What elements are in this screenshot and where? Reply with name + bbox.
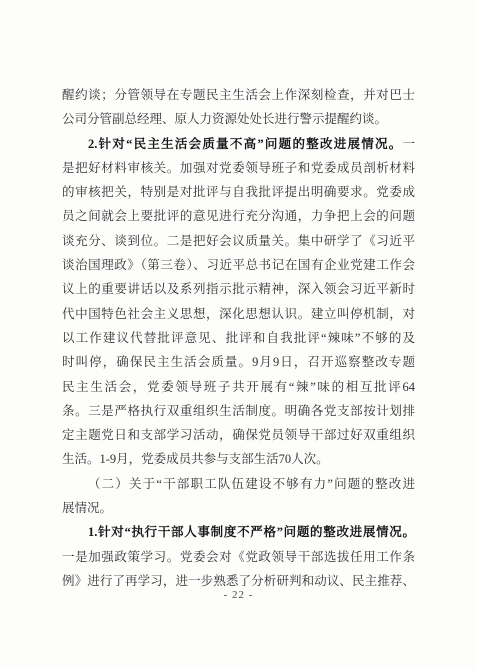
document-line: 员之间就会上要批评的意见进行充分沟通，力争把上会的问题	[62, 204, 415, 228]
document-line: 2.针对“民主生活会质量不高”问题的整改进展情况。一	[62, 132, 415, 156]
scanned-page: 醒约谈；分管领导在专题民主生活会上作深刻检查，并对巴士公司分管副总经理、原人力资…	[0, 0, 477, 670]
text-segment: 谈充分、谈到位。二是把好会议质量关。集中研学了《习近平	[62, 234, 415, 248]
document-line: 谈充分、谈到位。二是把好会议质量关。集中研学了《习近平	[62, 229, 415, 253]
text-segment: 定主题党日和支部学习活动，确保党员领导干部过好双重组织	[62, 428, 415, 442]
text-segment: 醒约谈；分管领导在专题民主生活会上作深刻检查，并对巴士	[62, 88, 415, 102]
document-line: （二）关于“干部职工队伍建设不够有力”问题的整改进	[62, 472, 415, 496]
document-line: 1.针对“执行干部人事制度不严格”问题的整改进展情况。	[62, 520, 415, 544]
text-segment: 1.针对“执行干部人事制度不严格”问题的整改进展情况。	[88, 525, 415, 539]
document-line: 条。三是严格执行双重组织生活制度。明确各党支部按计划排	[62, 399, 415, 423]
document-line: 谈治国理政》（第三卷）、习近平总书记在国有企业党建工作会	[62, 253, 415, 277]
text-block: 醒约谈；分管领导在专题民主生活会上作深刻检查，并对巴士公司分管副总经理、原人力资…	[62, 83, 415, 593]
text-segment: 2.针对“民主生活会质量不高”问题的整改进展情况。	[88, 137, 402, 151]
document-line: 议上的重要讲话以及系列指示批示精神，深入领会习近平新时	[62, 277, 415, 301]
text-segment: 员之间就会上要批评的意见进行充分沟通，力争把上会的问题	[62, 209, 415, 223]
text-segment: 条。三是严格执行双重组织生活制度。明确各党支部按计划排	[62, 404, 415, 418]
document-line: 定主题党日和支部学习活动，确保党员领导干部过好双重组织	[62, 423, 415, 447]
page-number: - 22 -	[0, 589, 477, 601]
document-line: 醒约谈；分管领导在专题民主生活会上作深刻检查，并对巴士	[62, 83, 415, 107]
text-segment: 是把好材料审核关。加强对党委领导班子和党委成员剖析材料	[62, 161, 415, 175]
text-segment: 代中国特色社会主义思想，深化思想认识。建立叫停机制，对	[62, 307, 415, 321]
text-segment: 展情况。	[62, 501, 112, 515]
text-segment: （二）关于“干部职工队伍建设不够有力”问题的整改进	[88, 477, 415, 491]
text-segment: 一是加强政策学习。党委会对《党政领导干部选拔任用工作条	[62, 550, 415, 564]
document-line: 展情况。	[62, 496, 415, 520]
text-segment: 以工作建议代替批评意见、批评和自我批评“辣味”不够的及	[62, 331, 415, 345]
text-segment: 例》进行了再学习，进一步熟悉了分析研判和动议、民主推荐、	[62, 574, 415, 588]
document-line: 的审核把关，特别是对批评与自我批评提出明确要求。党委成	[62, 180, 415, 204]
text-segment: 谈治国理政》（第三卷）、习近平总书记在国有企业党建工作会	[62, 258, 415, 272]
text-segment: 时叫停，确保民主生活会质量。9月9日，召开巡察整改专题	[62, 355, 415, 369]
document-line: 一是加强政策学习。党委会对《党政领导干部选拔任用工作条	[62, 545, 415, 569]
document-line: 民主生活会，党委领导班子共开展有“辣”味的相互批评64	[62, 375, 415, 399]
text-segment: 的审核把关，特别是对批评与自我批评提出明确要求。党委成	[62, 185, 415, 199]
text-segment: 公司分管副总经理、原人力资源处处长进行警示提醒约谈。	[62, 112, 387, 126]
document-line: 生活。1-9月，党委成员共参与支部生活70人次。	[62, 447, 415, 471]
document-line: 时叫停，确保民主生活会质量。9月9日，召开巡察整改专题	[62, 350, 415, 374]
document-line: 是把好材料审核关。加强对党委领导班子和党委成员剖析材料	[62, 156, 415, 180]
text-segment: 议上的重要讲话以及系列指示批示精神，深入领会习近平新时	[62, 282, 415, 296]
text-segment: 民主生活会，党委领导班子共开展有“辣”味的相互批评64	[62, 380, 415, 394]
document-line: 代中国特色社会主义思想，深化思想认识。建立叫停机制，对	[62, 302, 415, 326]
text-segment: 生活。1-9月，党委成员共参与支部生活70人次。	[62, 452, 329, 466]
document-line: 公司分管副总经理、原人力资源处处长进行警示提醒约谈。	[62, 107, 415, 131]
document-line: 以工作建议代替批评意见、批评和自我批评“辣味”不够的及	[62, 326, 415, 350]
text-segment: 一	[402, 137, 415, 151]
